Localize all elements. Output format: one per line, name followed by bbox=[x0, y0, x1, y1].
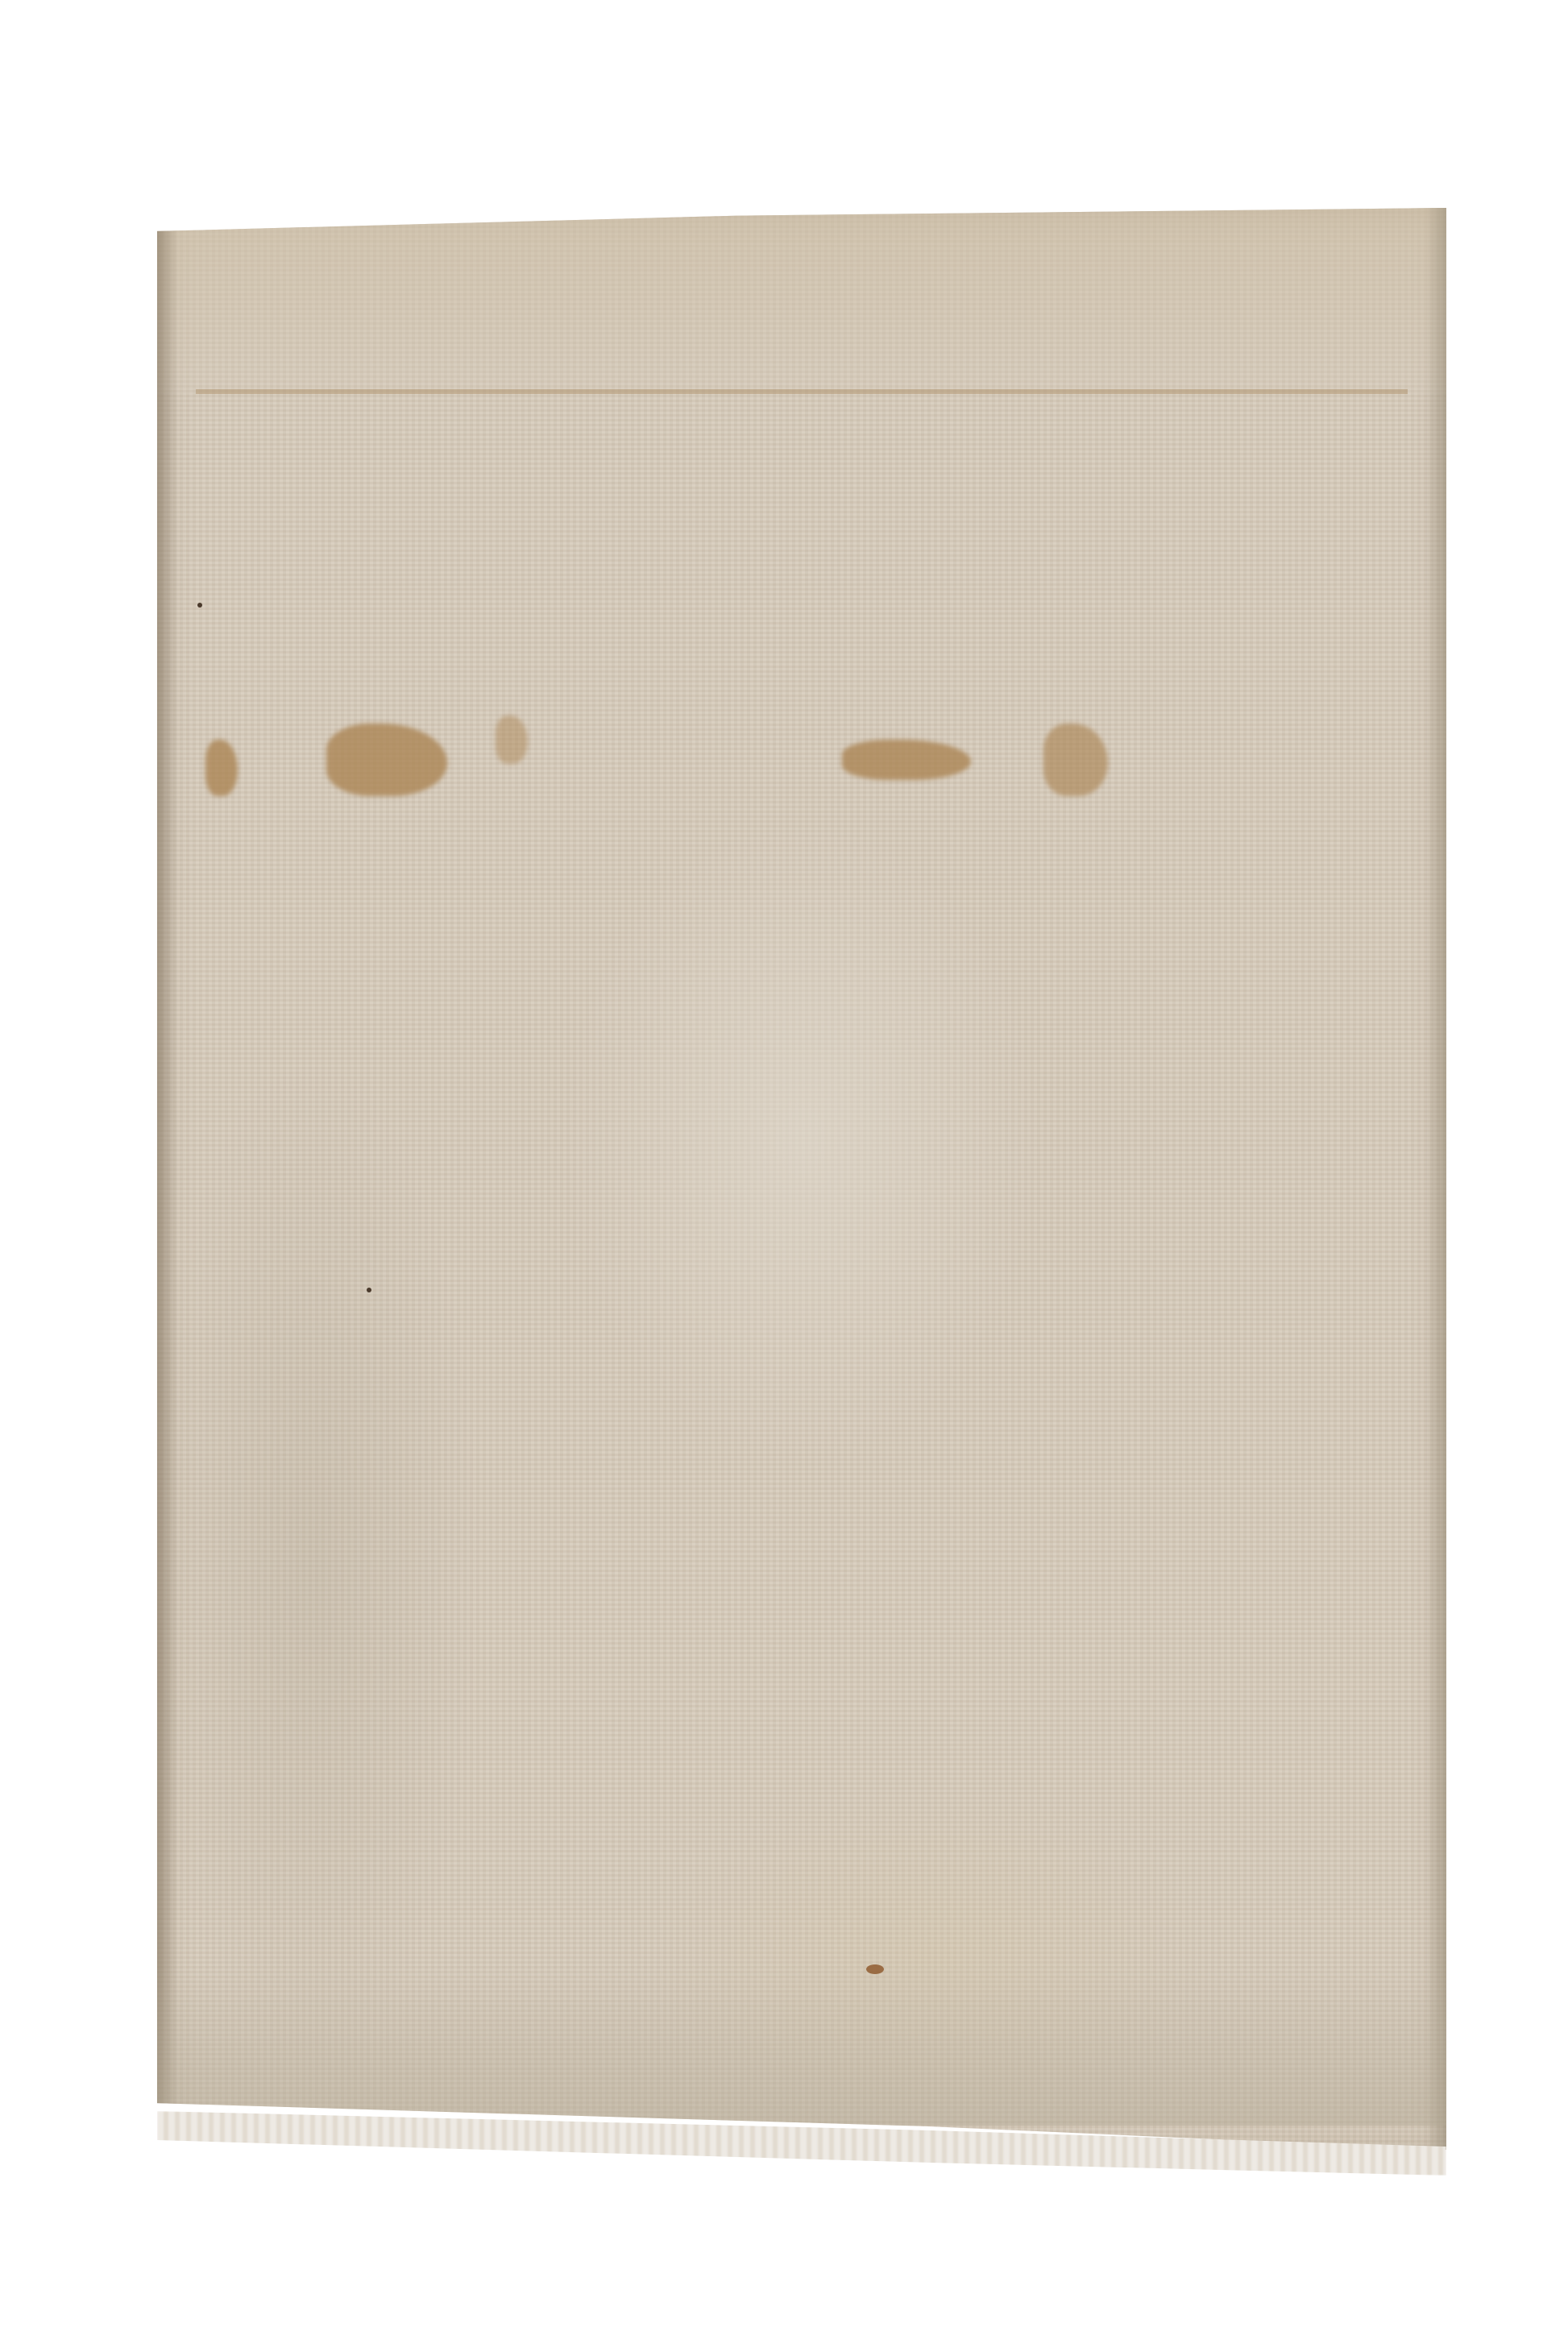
rug bbox=[157, 208, 1446, 2150]
rug-motif bbox=[496, 716, 528, 764]
rug-bottom-border bbox=[157, 1964, 1446, 2126]
rug-motif bbox=[842, 740, 971, 780]
rug-motif bbox=[205, 740, 238, 796]
rug-left-edge bbox=[157, 208, 178, 2150]
rug-right-edge bbox=[1425, 208, 1446, 2150]
rug-top-border-line bbox=[196, 389, 1408, 394]
rug-motif bbox=[1043, 724, 1108, 796]
rug-fleck bbox=[367, 1288, 371, 1292]
rug-stain bbox=[866, 1964, 884, 1974]
rug-fleck bbox=[197, 603, 202, 608]
rug-motif bbox=[326, 724, 447, 796]
rug-top-border bbox=[157, 208, 1446, 393]
